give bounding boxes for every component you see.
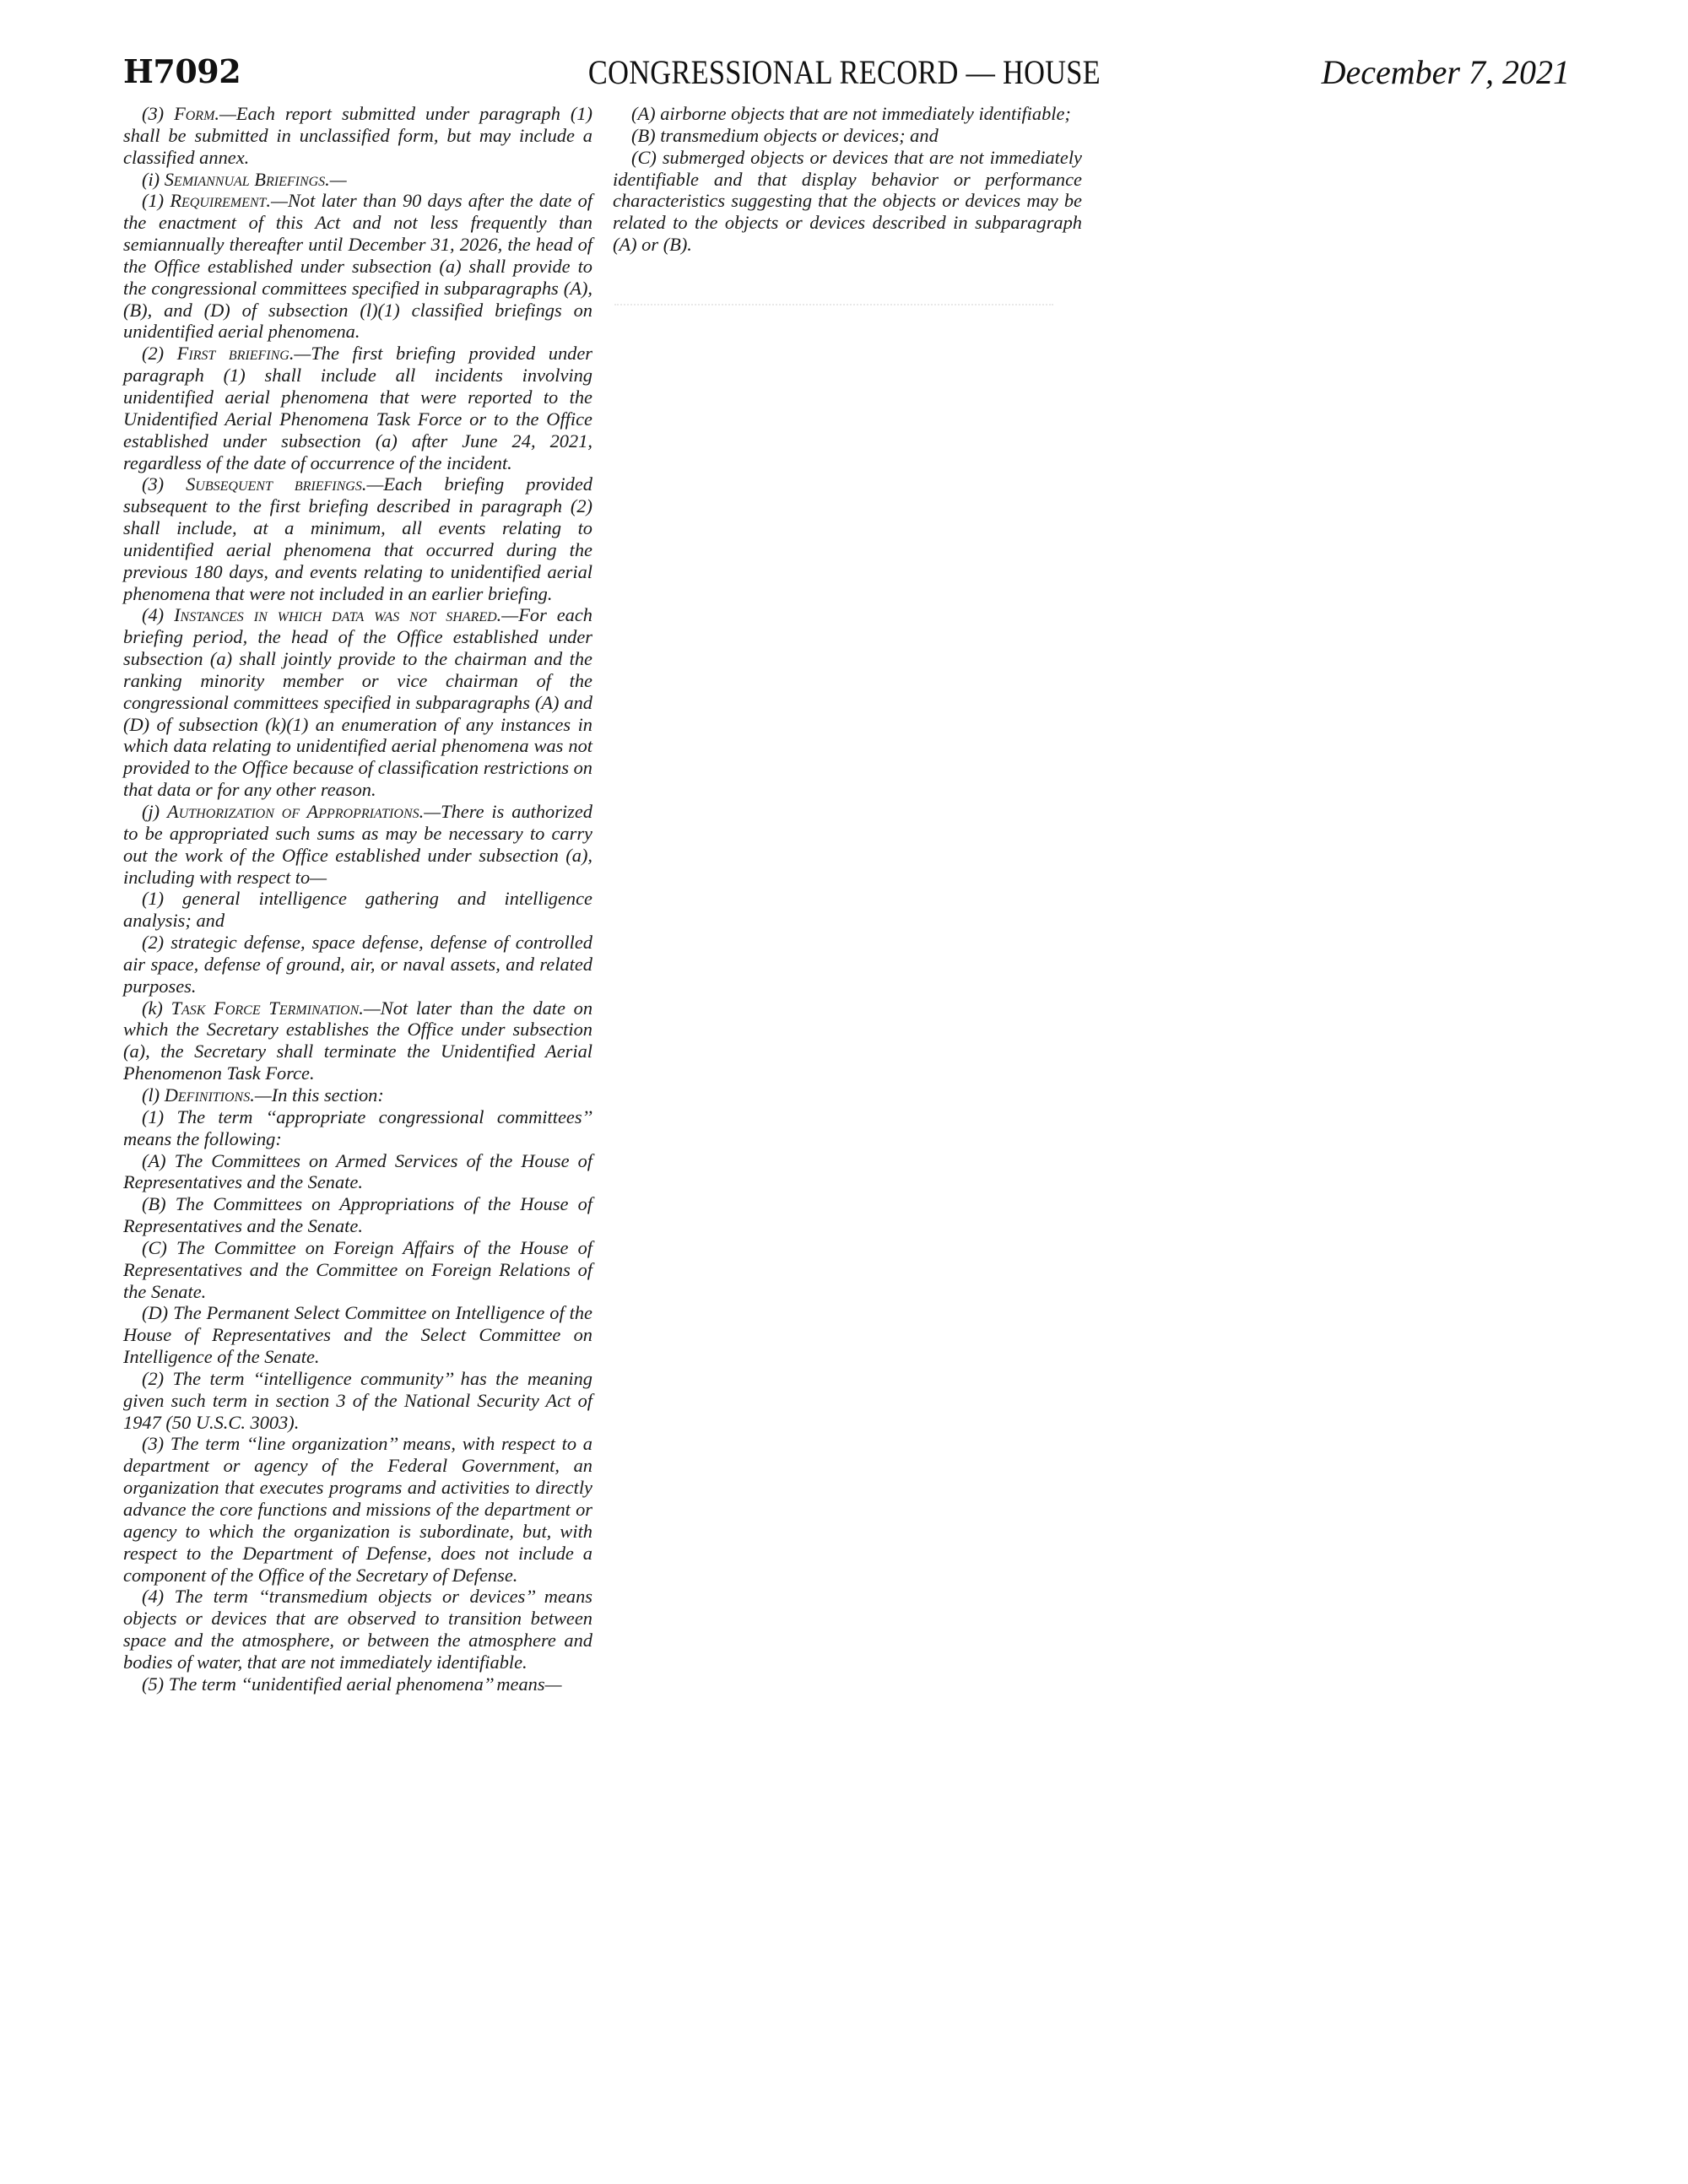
paragraph-label: (j) [142, 801, 167, 822]
paragraph-l: (l) Definitions.—In this section: [123, 1084, 592, 1106]
paragraph-l5A: (A) airborne objects that are not immedi… [613, 103, 1082, 125]
paragraph-heading: Instances in which data was not shared. [174, 604, 501, 625]
paragraph-label: (C) [142, 1237, 176, 1258]
paragraph-i4: (4) Instances in which data was not shar… [123, 604, 592, 801]
paragraph-label: (4) [142, 1586, 175, 1607]
paragraph-text: The Committees on Armed Services of the … [123, 1150, 592, 1193]
left-column: (3) Form.—Each report submitted under pa… [123, 103, 592, 1695]
paragraph-l3: (3) The term ‘‘line organization’’ means… [123, 1433, 592, 1586]
paragraph-label: (A) [142, 1150, 175, 1171]
paragraph-label: (1) [142, 888, 182, 909]
paragraph-k: (k) Task Force Termination.—Not later th… [123, 997, 592, 1084]
paragraph-l1D: (D) The Permanent Select Committee on In… [123, 1302, 592, 1368]
paragraph-j: (j) Authorization of Appropriations.—The… [123, 801, 592, 888]
paragraph-text: strategic defense, space defense, defens… [123, 932, 592, 997]
paragraph-label: (B) [142, 1193, 176, 1214]
paragraph-l1C: (C) The Committee on Foreign Affairs of … [123, 1237, 592, 1303]
paragraph-text: The Committee on Foreign Affairs of the … [123, 1237, 592, 1302]
publication-date: December 7, 2021 [1322, 52, 1570, 92]
paragraph-text: submerged objects or devices that are no… [613, 147, 1082, 255]
paragraph-l1A: (A) The Committees on Armed Services of … [123, 1150, 592, 1194]
paragraph-heading: Requirement. [170, 190, 271, 211]
paragraph-text: —Not later than 90 days after the date o… [123, 190, 592, 342]
paragraph-label: (i) [142, 169, 165, 190]
paragraph-label: (5) [142, 1673, 169, 1695]
paragraph-label: (B) [631, 125, 660, 146]
page-header: H7092 CONGRESSIONAL RECORD — HOUSE Decem… [0, 0, 1688, 93]
paragraph-i3: (3) Subsequent briefings.—Each briefing … [123, 473, 592, 604]
paragraph-l5: (5) The term ‘‘unidentified aerial pheno… [123, 1673, 592, 1695]
paragraph-text: The term ‘‘appropriate congressional com… [123, 1106, 592, 1149]
paragraph-text: The Permanent Select Committee on Intell… [123, 1302, 592, 1367]
paragraph-l5B: (B) transmedium objects or devices; and [613, 125, 1082, 147]
paragraph-text: The term ‘‘unidentified aerial phenomena… [169, 1673, 562, 1695]
paragraph-l1: (1) The term ‘‘appropriate congressional… [123, 1106, 592, 1150]
paragraph-heading: Definitions. [165, 1084, 255, 1106]
paragraph-label: (2) [142, 1368, 172, 1389]
paragraph-text: transmedium objects or devices; and [660, 125, 939, 146]
paragraph-l2: (2) The term ‘‘intelligence community’’ … [123, 1368, 592, 1434]
paragraph-heading: Task Force Termination. [171, 997, 364, 1019]
paragraph-heading: Semiannual Briefings. [165, 169, 330, 190]
paragraph-j1: (1) general intelligence gathering and i… [123, 888, 592, 932]
paragraph-label: (2) [142, 343, 177, 364]
paragraph-text: general intelligence gathering and intel… [123, 888, 592, 931]
paragraph-l5C: (C) submerged objects or devices that ar… [613, 147, 1082, 256]
paragraph-heading: Subsequent briefings. [186, 473, 366, 495]
paragraph-label: (4) [142, 604, 174, 625]
paragraph-label: (D) [142, 1302, 173, 1323]
right-column: (A) airborne objects that are not immedi… [613, 103, 1082, 256]
paragraph-l4: (4) The term ‘‘transmedium objects or de… [123, 1586, 592, 1673]
paragraph-text: The term ‘‘transmedium objects or device… [123, 1586, 592, 1673]
paragraph-heading: Form. [174, 103, 219, 124]
paragraph-text: —For each briefing period, the head of t… [123, 604, 592, 800]
paragraph-label: (k) [142, 997, 171, 1019]
paragraph-label: (1) [142, 1106, 176, 1127]
paragraph-h3: (3) Form.—Each report submitted under pa… [123, 103, 592, 169]
paragraph-text: —In this section: [255, 1084, 384, 1106]
paragraph-label: (3) [142, 103, 174, 124]
paragraph-i: (i) Semiannual Briefings.— [123, 169, 592, 191]
paragraph-j2: (2) strategic defense, space defense, de… [123, 932, 592, 997]
paragraph-label: (3) [142, 473, 186, 495]
paragraph-text: The term ‘‘line organization’’ means, wi… [123, 1433, 592, 1585]
paragraph-text: — [330, 169, 347, 190]
paragraph-heading: Authorization of Appropriations. [167, 801, 424, 822]
paragraph-text: airborne objects that are not immediatel… [660, 103, 1071, 124]
paragraph-label: (1) [142, 190, 170, 211]
paragraph-heading: First briefing. [177, 343, 295, 364]
paragraph-text: The term ‘‘intelligence community’’ has … [123, 1368, 592, 1433]
paragraph-label: (l) [142, 1084, 165, 1106]
paragraph-label: (C) [631, 147, 663, 168]
paragraph-label: (2) [142, 932, 170, 953]
paragraph-i1: (1) Requirement.—Not later than 90 days … [123, 190, 592, 343]
paragraph-label: (3) [142, 1433, 170, 1454]
paragraph-text: The Committees on Appropriations of the … [123, 1193, 592, 1236]
paragraph-label: (A) [631, 103, 660, 124]
section-end-rule [614, 304, 1053, 307]
paragraph-i2: (2) First briefing.—The first briefing p… [123, 343, 592, 473]
paragraph-l1B: (B) The Committees on Appropriations of … [123, 1193, 592, 1237]
